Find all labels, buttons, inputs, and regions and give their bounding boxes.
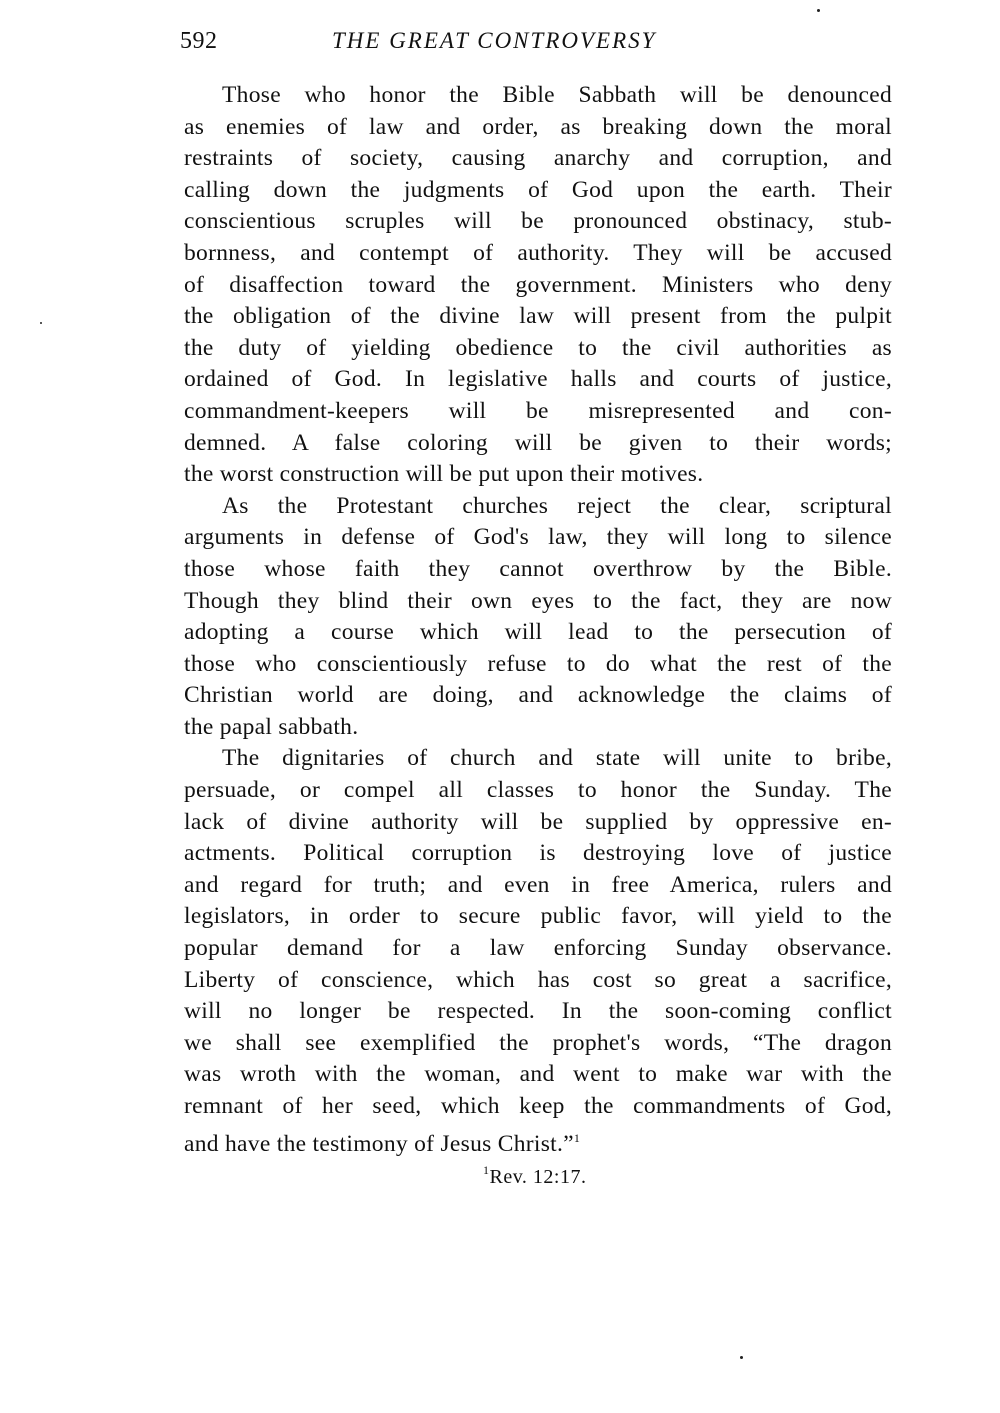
text-line: as enemies of law and order, as breaking… bbox=[184, 112, 892, 144]
text-line: commandment-keepers will be misrepresent… bbox=[184, 396, 892, 428]
text-line: the obligation of the divine law will pr… bbox=[184, 301, 892, 333]
text-line: and have the testimony of Jesus Christ.” bbox=[184, 1131, 574, 1157]
text-line: persuade, or compel all classes to honor… bbox=[184, 775, 892, 807]
text-line: the worst construction will be put upon … bbox=[184, 459, 892, 491]
footnote-reference: 1 bbox=[574, 1131, 580, 1145]
text-line: Liberty of conscience, which has cost so… bbox=[184, 965, 892, 997]
text-line: conscientious scruples will be pronounce… bbox=[184, 206, 892, 238]
text-line: lack of divine authority will be supplie… bbox=[184, 807, 892, 839]
text-line: the duty of yielding obedience to the ci… bbox=[184, 333, 892, 365]
text-line: ordained of God. In legislative halls an… bbox=[184, 364, 892, 396]
scan-speck bbox=[817, 9, 820, 12]
text-line: the papal sabbath. bbox=[184, 712, 892, 744]
paragraph-3: The dignitaries of church and state will… bbox=[184, 743, 892, 1160]
text-line: The dignitaries of church and state will… bbox=[184, 743, 892, 775]
text-line: Though they blind their own eyes to the … bbox=[184, 586, 892, 618]
text-line: popular demand for a law enforcing Sunda… bbox=[184, 933, 892, 965]
text-line: bornness, and contempt of authority. The… bbox=[184, 238, 892, 270]
text-line: calling down the judgments of God upon t… bbox=[184, 175, 892, 207]
text-line: arguments in defense of God's law, they … bbox=[184, 522, 892, 554]
text-line: remnant of her seed, which keep the comm… bbox=[184, 1091, 892, 1123]
footnote: 1Rev. 12:17. bbox=[483, 1163, 586, 1189]
text-line: actments. Political corruption is destro… bbox=[184, 838, 892, 870]
text-line: and regard for truth; and even in free A… bbox=[184, 870, 892, 902]
text-line: Christian world are doing, and acknowled… bbox=[184, 680, 892, 712]
body-text: Those who honor the Bible Sabbath will b… bbox=[184, 80, 892, 1160]
text-line: As the Protestant churches reject the cl… bbox=[184, 491, 892, 523]
running-title: THE GREAT CONTROVERSY bbox=[332, 28, 656, 54]
scan-speck bbox=[40, 322, 42, 324]
text-line: we shall see exemplified the prophet's w… bbox=[184, 1028, 892, 1060]
text-line: adopting a course which will lead to the… bbox=[184, 617, 892, 649]
paragraph-2: As the Protestant churches reject the cl… bbox=[184, 491, 892, 744]
text-line: was wroth with the woman, and went to ma… bbox=[184, 1059, 892, 1091]
page-number: 592 bbox=[180, 28, 218, 55]
text-line: those who conscientiously refuse to do w… bbox=[184, 649, 892, 681]
text-line: of disaffection toward the government. M… bbox=[184, 270, 892, 302]
page-header: 592 THE GREAT CONTROVERSY bbox=[180, 24, 900, 60]
text-line: demned. A false coloring will be given t… bbox=[184, 428, 892, 460]
book-page: 592 THE GREAT CONTROVERSY Those who hono… bbox=[0, 0, 1000, 1413]
text-line: will no longer be respected. In the soon… bbox=[184, 996, 892, 1028]
text-line: Those who honor the Bible Sabbath will b… bbox=[184, 80, 892, 112]
footnote-text: Rev. 12:17. bbox=[490, 1166, 587, 1188]
text-line-with-footnote: and have the testimony of Jesus Christ.”… bbox=[184, 1123, 892, 1161]
paragraph-1: Those who honor the Bible Sabbath will b… bbox=[184, 80, 892, 491]
scan-speck bbox=[740, 1356, 743, 1359]
text-line: legislators, in order to secure public f… bbox=[184, 901, 892, 933]
text-line: restraints of society, causing anarchy a… bbox=[184, 143, 892, 175]
text-line: those whose faith they cannot overthrow … bbox=[184, 554, 892, 586]
